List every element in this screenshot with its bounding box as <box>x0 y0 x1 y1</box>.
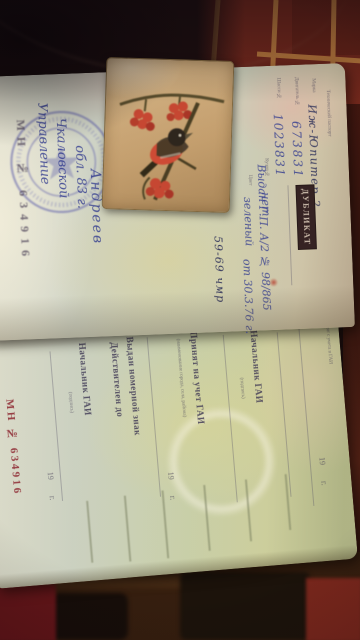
red-ink-mark <box>269 278 278 287</box>
issue-handwriting: Выдан Г.П. А/2 № 98/865 <box>255 164 274 311</box>
matchbox-label-card <box>102 57 235 213</box>
photo-of-document: Снят с учета в ГАИ 19 г. Начальник ГАИ (… <box>0 0 360 640</box>
chassis-label: Шасси № <box>275 77 282 99</box>
chief-gai-heading: Начальник ГАИ <box>77 342 93 416</box>
body-value: нет <box>259 192 273 217</box>
form-rule <box>147 337 161 497</box>
plate-number-handwriting: 59-69 чмр <box>211 236 227 304</box>
page-header-small: Технический паспорт <box>325 90 333 137</box>
table-column-line <box>162 490 170 558</box>
form-rule <box>287 185 292 285</box>
handwriting-line: обл. 83 г. <box>72 145 89 209</box>
signature-caption: (подпись) <box>67 392 75 413</box>
passport-registration-page: Снят с учета в ГАИ 19 г. Начальник ГАИ (… <box>0 307 358 588</box>
serial-number: МН № 634916 <box>3 399 23 497</box>
bullfinch-illustration <box>103 58 234 212</box>
serial-number: МН № 634916 <box>13 119 33 262</box>
color-value: зеленый <box>241 197 256 247</box>
engine-value: 673831 <box>289 121 305 179</box>
chassis-value: 1023831 <box>271 113 287 177</box>
valid-until-heading: Действителен до <box>109 342 125 418</box>
table-dark-patch <box>50 593 128 640</box>
body-label: Кузов № <box>263 158 270 178</box>
issue-date-handwriting: от 30.3.76 г. <box>240 259 256 335</box>
table-column-line <box>86 501 93 563</box>
registered-heading: Принят на учет ГАИ <box>188 331 206 425</box>
signature-caption: (подпись) <box>238 377 246 398</box>
date-line: 19 г. <box>46 471 57 500</box>
color-label: Цвет <box>247 175 253 186</box>
plate-issued-heading: Выдан номерной знак <box>125 336 143 436</box>
chief-gai-heading: Начальник ГАИ <box>248 330 264 404</box>
duplicate-stamp: ДУБЛИКАТ <box>295 184 316 250</box>
engine-label: Двигатель № <box>293 77 300 106</box>
table-column-line <box>124 496 132 562</box>
registered-caption: (наименование города, села, района) <box>175 338 188 417</box>
round-stain <box>161 401 282 522</box>
make-label: Марка <box>310 78 317 92</box>
handwriting-line: Управление <box>34 102 52 185</box>
handwriting-line: Чкаловской <box>53 118 71 199</box>
make-value: Иж-Юпитер 2 <box>305 104 322 209</box>
form-rule <box>277 332 292 497</box>
removed-from-register-label: Снят с учета в ГАИ <box>324 322 333 364</box>
form-rule <box>298 327 314 506</box>
date-line: 19 г. <box>317 457 328 486</box>
